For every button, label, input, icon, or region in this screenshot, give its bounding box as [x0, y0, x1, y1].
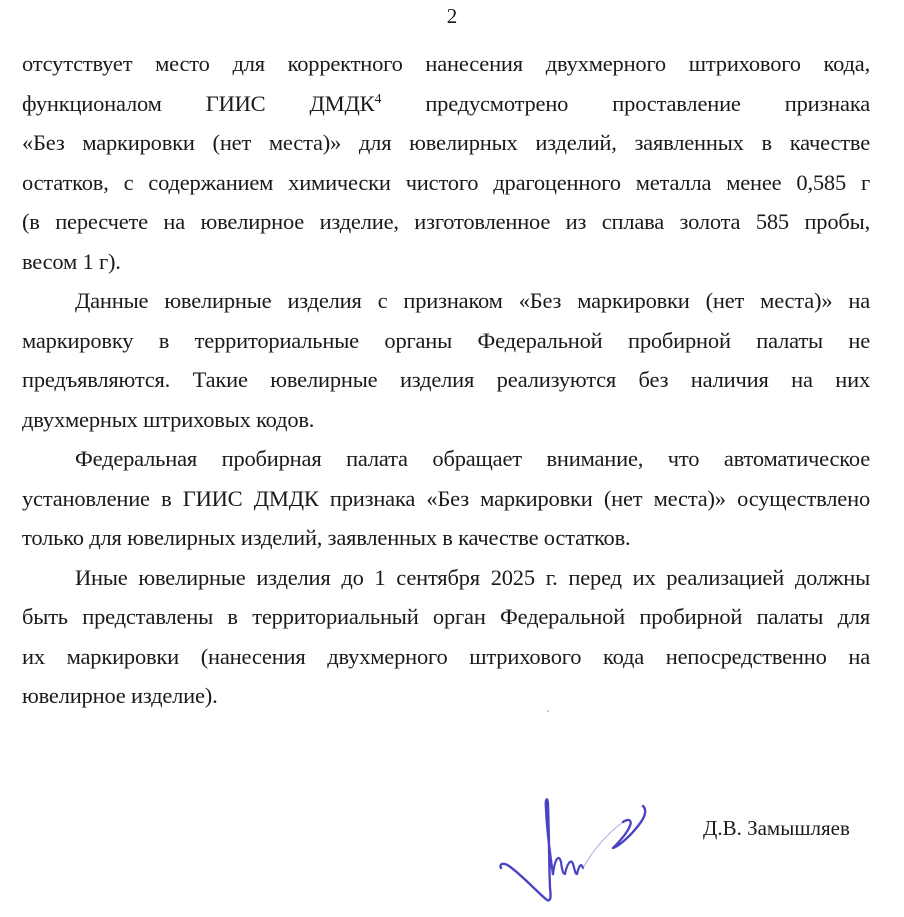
handwritten-signature: [495, 792, 660, 907]
signature-icon: [495, 792, 660, 907]
text-line: установление в ГИИС ДМДК признака «Без м…: [22, 479, 870, 519]
paragraph-1: отсутствует место для корректного нанесе…: [22, 44, 870, 281]
text-line: Федеральная пробирная палата обращает вн…: [22, 439, 870, 479]
text-line: быть представлены в территориальный орга…: [22, 597, 870, 637]
footnote-marker: 4: [374, 92, 381, 107]
text-line: «Без маркировки (нет места)» для ювелирн…: [22, 123, 870, 163]
paragraph-3: Федеральная пробирная палата обращает вн…: [22, 439, 870, 558]
page-number: 2: [0, 4, 904, 28]
paragraph-2: Данные ювелирные изделия с признаком «Бе…: [22, 281, 870, 439]
text-line: ювелирное изделие).: [22, 676, 870, 716]
text-line: отсутствует место для корректного нанесе…: [22, 44, 870, 84]
text-line: (в пересчете на ювелирное изделие, изгот…: [22, 202, 870, 242]
paragraph-4: Иные ювелирные изделия до 1 сентября 202…: [22, 558, 870, 716]
text-line: остатков, с содержанием химически чистог…: [22, 163, 870, 203]
letter-body: отсутствует место для корректного нанесе…: [22, 44, 870, 716]
text-line-with-footnote: функционалом ГИИС ДМДК4 предусмотрено пр…: [22, 84, 870, 124]
signatory-name: Д.В. Замышляев: [703, 815, 850, 841]
text-line: двухмерных штриховых кодов.: [22, 400, 870, 440]
scan-speck: [547, 710, 549, 712]
footnote-line-before: функционалом ГИИС ДМДК: [22, 91, 374, 116]
footnote-line-after: предусмотрено проставление признака: [425, 91, 870, 116]
text-line: весом 1 г).: [22, 242, 870, 282]
text-line: Иные ювелирные изделия до 1 сентября 202…: [22, 558, 870, 598]
text-line: их маркировки (нанесения двухмерного штр…: [22, 637, 870, 677]
text-line: предъявляются. Такие ювелирные изделия р…: [22, 360, 870, 400]
text-line: маркировку в территориальные органы Феде…: [22, 321, 870, 361]
text-line: Данные ювелирные изделия с признаком «Бе…: [22, 281, 870, 321]
text-line: только для ювелирных изделий, заявленных…: [22, 518, 870, 558]
